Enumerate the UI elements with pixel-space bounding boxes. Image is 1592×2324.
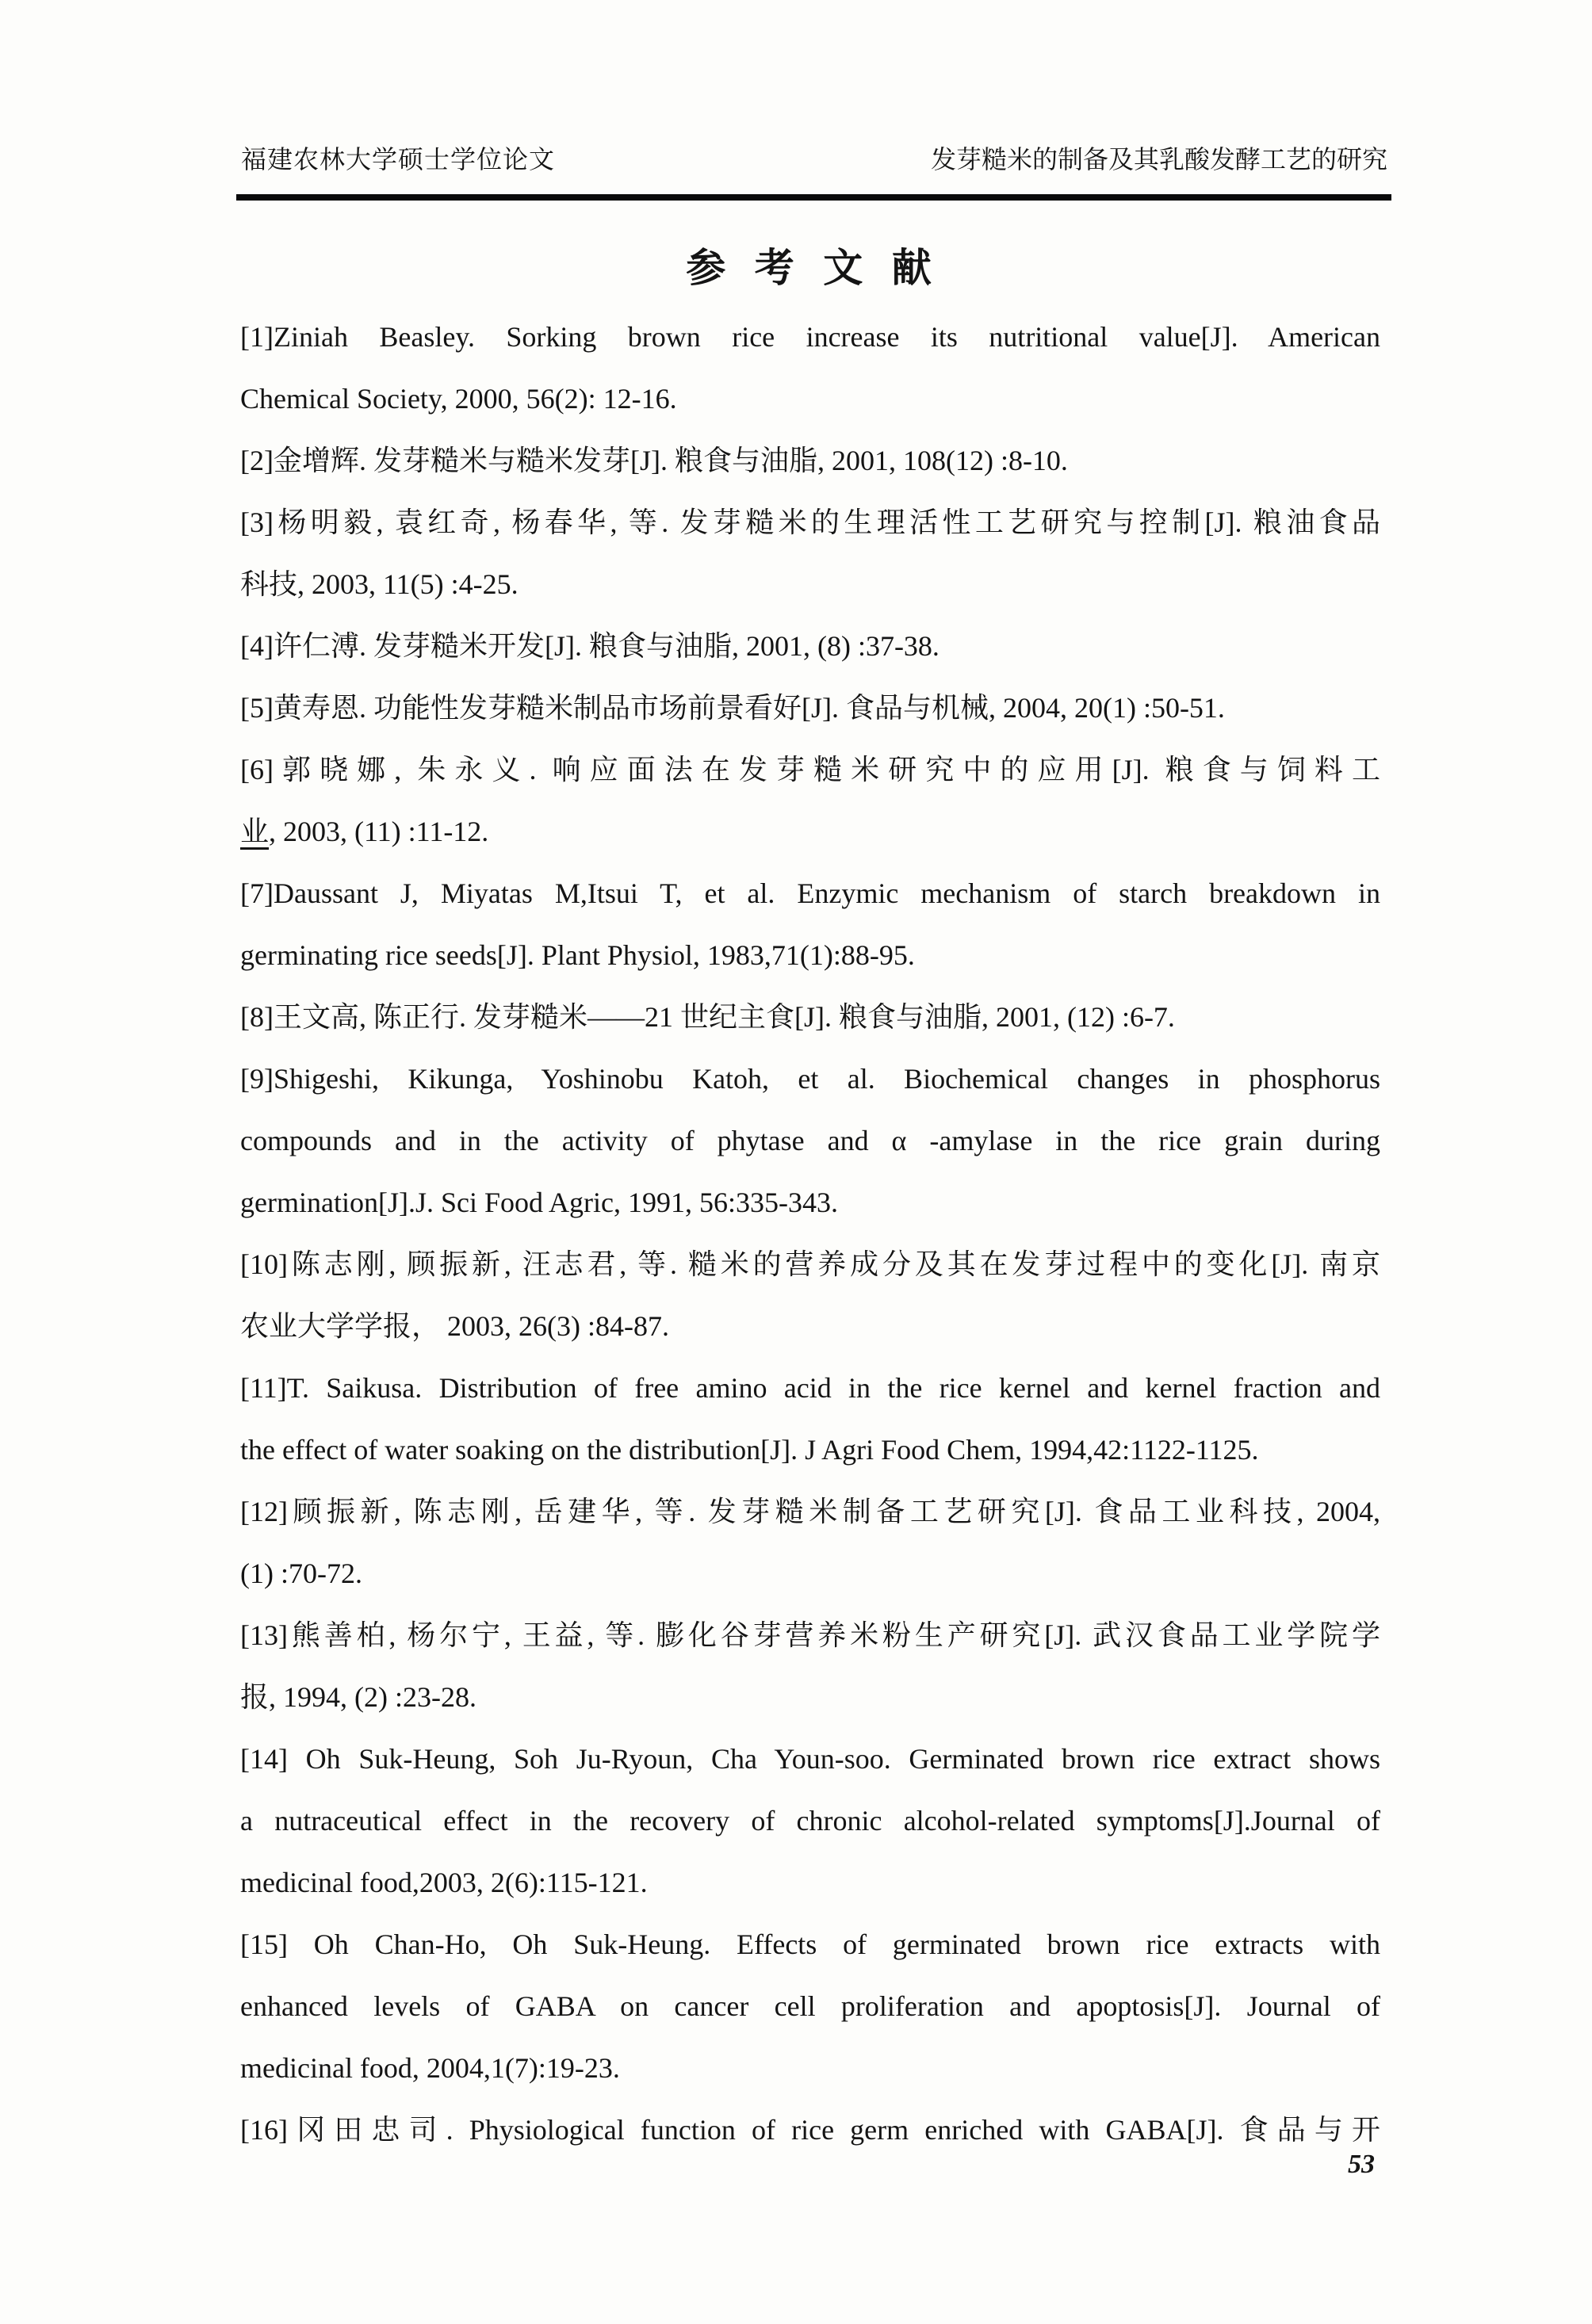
underlined-text: 业 (240, 816, 269, 847)
thesis-references-page: 福建农林大学硕士学位论文 发芽糙米的制备及其乳酸发酵工艺的研究 参 考 文 献 … (0, 0, 1592, 2324)
reference-item-10: [10]陈志刚, 顾振新, 汪志君, 等. 糙米的营养成分及其在发芽过程中的变化… (240, 1233, 1380, 1357)
reference-line: medicinal food, 2004,1(7):19-23. (240, 2037, 1380, 2099)
reference-line: [3]杨明毅, 袁红奇, 杨春华, 等. 发芽糙米的生理活性工艺研究与控制[J]… (240, 491, 1380, 553)
header-right-text: 发芽糙米的制备及其乳酸发酵工艺的研究 (931, 140, 1387, 176)
reference-line: [14] Oh Suk-Heung, Soh Ju-Ryoun, Cha You… (240, 1728, 1380, 1790)
reference-line: 农业大学学报， 2003, 26(3) :84-87. (240, 1295, 1380, 1357)
reference-item-13: [13]熊善柏, 杨尔宁, 王益, 等. 膨化谷芽营养米粉生产研究[J]. 武汉… (240, 1604, 1380, 1728)
reference-line: (1) :70-72. (240, 1542, 1380, 1604)
reference-line: germination[J].J. Sci Food Agric, 1991, … (240, 1172, 1380, 1233)
reference-line: [8]王文高, 陈正行. 发芽糙米——21 世纪主食[J]. 粮食与油脂, 20… (240, 986, 1380, 1048)
reference-item-14: [14] Oh Suk-Heung, Soh Ju-Ryoun, Cha You… (240, 1728, 1380, 1913)
header-left-text: 福建农林大学硕士学位论文 (241, 140, 555, 176)
reference-line: [5]黄寿恩. 功能性发芽糙米制品市场前景看好[J]. 食品与机械, 2004,… (240, 677, 1380, 739)
reference-item-8: [8]王文高, 陈正行. 发芽糙米——21 世纪主食[J]. 粮食与油脂, 20… (240, 986, 1380, 1048)
reference-line: compounds and in the activity of phytase… (240, 1110, 1380, 1172)
reference-line: [13]熊善柏, 杨尔宁, 王益, 等. 膨化谷芽营养米粉生产研究[J]. 武汉… (240, 1604, 1380, 1666)
reference-line: [9]Shigeshi, Kikunga, Yoshinobu Katoh, e… (240, 1048, 1380, 1110)
reference-line: [6]郭晓娜, 朱永义. 响应面法在发芽糙米研究中的应用[J]. 粮食与饲料工 (240, 739, 1380, 801)
reference-item-16: [16]冈田忠司. Physiological function of rice… (240, 2099, 1380, 2161)
reference-line: medicinal food,2003, 2(6):115-121. (240, 1852, 1380, 1913)
reference-item-4: [4]许仁溥. 发芽糙米开发[J]. 粮食与油脂, 2001, (8) :37-… (240, 615, 1380, 677)
reference-line: [15] Oh Chan-Ho, Oh Suk-Heung. Effects o… (240, 1913, 1380, 1975)
references-list: [1]Ziniah Beasley. Sorking brown rice in… (240, 306, 1380, 2161)
reference-line: enhanced levels of GABA on cancer cell p… (240, 1975, 1380, 2037)
reference-item-15: [15] Oh Chan-Ho, Oh Suk-Heung. Effects o… (240, 1913, 1380, 2099)
reference-line: [11]T. Saikusa. Distribution of free ami… (240, 1357, 1380, 1419)
reference-line: [4]许仁溥. 发芽糙米开发[J]. 粮食与油脂, 2001, (8) :37-… (240, 615, 1380, 677)
reference-line: [12]顾振新, 陈志刚, 岳建华, 等. 发芽糙米制备工艺研究[J]. 食品工… (240, 1481, 1380, 1542)
reference-item-9: [9]Shigeshi, Kikunga, Yoshinobu Katoh, e… (240, 1048, 1380, 1233)
reference-line: Chemical Society, 2000, 56(2): 12-16. (240, 368, 1380, 430)
reference-line: a nutraceutical effect in the recovery o… (240, 1790, 1380, 1852)
reference-line: [16]冈田忠司. Physiological function of rice… (240, 2099, 1380, 2161)
reference-line: the effect of water soaking on the distr… (240, 1419, 1380, 1481)
reference-item-7: [7]Daussant J, Miyatas M,Itsui T, et al.… (240, 862, 1380, 986)
header-rule (236, 194, 1391, 201)
page-title: 参 考 文 献 (240, 236, 1380, 293)
reference-item-6: [6]郭晓娜, 朱永义. 响应面法在发芽糙米研究中的应用[J]. 粮食与饲料工业… (240, 739, 1380, 862)
page-number: 53 (1348, 2150, 1375, 2180)
reference-item-2: [2]金增辉. 发芽糙米与糙米发芽[J]. 粮食与油脂, 2001, 108(1… (240, 430, 1380, 491)
reference-item-11: [11]T. Saikusa. Distribution of free ami… (240, 1357, 1380, 1481)
reference-item-1: [1]Ziniah Beasley. Sorking brown rice in… (240, 306, 1380, 430)
reference-line: 科技, 2003, 11(5) :4-25. (240, 553, 1380, 615)
reference-line: [10]陈志刚, 顾振新, 汪志君, 等. 糙米的营养成分及其在发芽过程中的变化… (240, 1233, 1380, 1295)
reference-item-12: [12]顾振新, 陈志刚, 岳建华, 等. 发芽糙米制备工艺研究[J]. 食品工… (240, 1481, 1380, 1604)
reference-line: germinating rice seeds[J]. Plant Physiol… (240, 924, 1380, 986)
reference-line: [2]金增辉. 发芽糙米与糙米发芽[J]. 粮食与油脂, 2001, 108(1… (240, 430, 1380, 491)
reference-line: 报, 1994, (2) :23-28. (240, 1666, 1380, 1728)
reference-item-5: [5]黄寿恩. 功能性发芽糙米制品市场前景看好[J]. 食品与机械, 2004,… (240, 677, 1380, 739)
text-segment: , 2003, (11) :11-12. (269, 816, 488, 847)
reference-item-3: [3]杨明毅, 袁红奇, 杨春华, 等. 发芽糙米的生理活性工艺研究与控制[J]… (240, 491, 1380, 615)
reference-line: [7]Daussant J, Miyatas M,Itsui T, et al.… (240, 862, 1380, 924)
reference-line: [1]Ziniah Beasley. Sorking brown rice in… (240, 306, 1380, 368)
reference-line: 业, 2003, (11) :11-12. (240, 801, 1380, 862)
